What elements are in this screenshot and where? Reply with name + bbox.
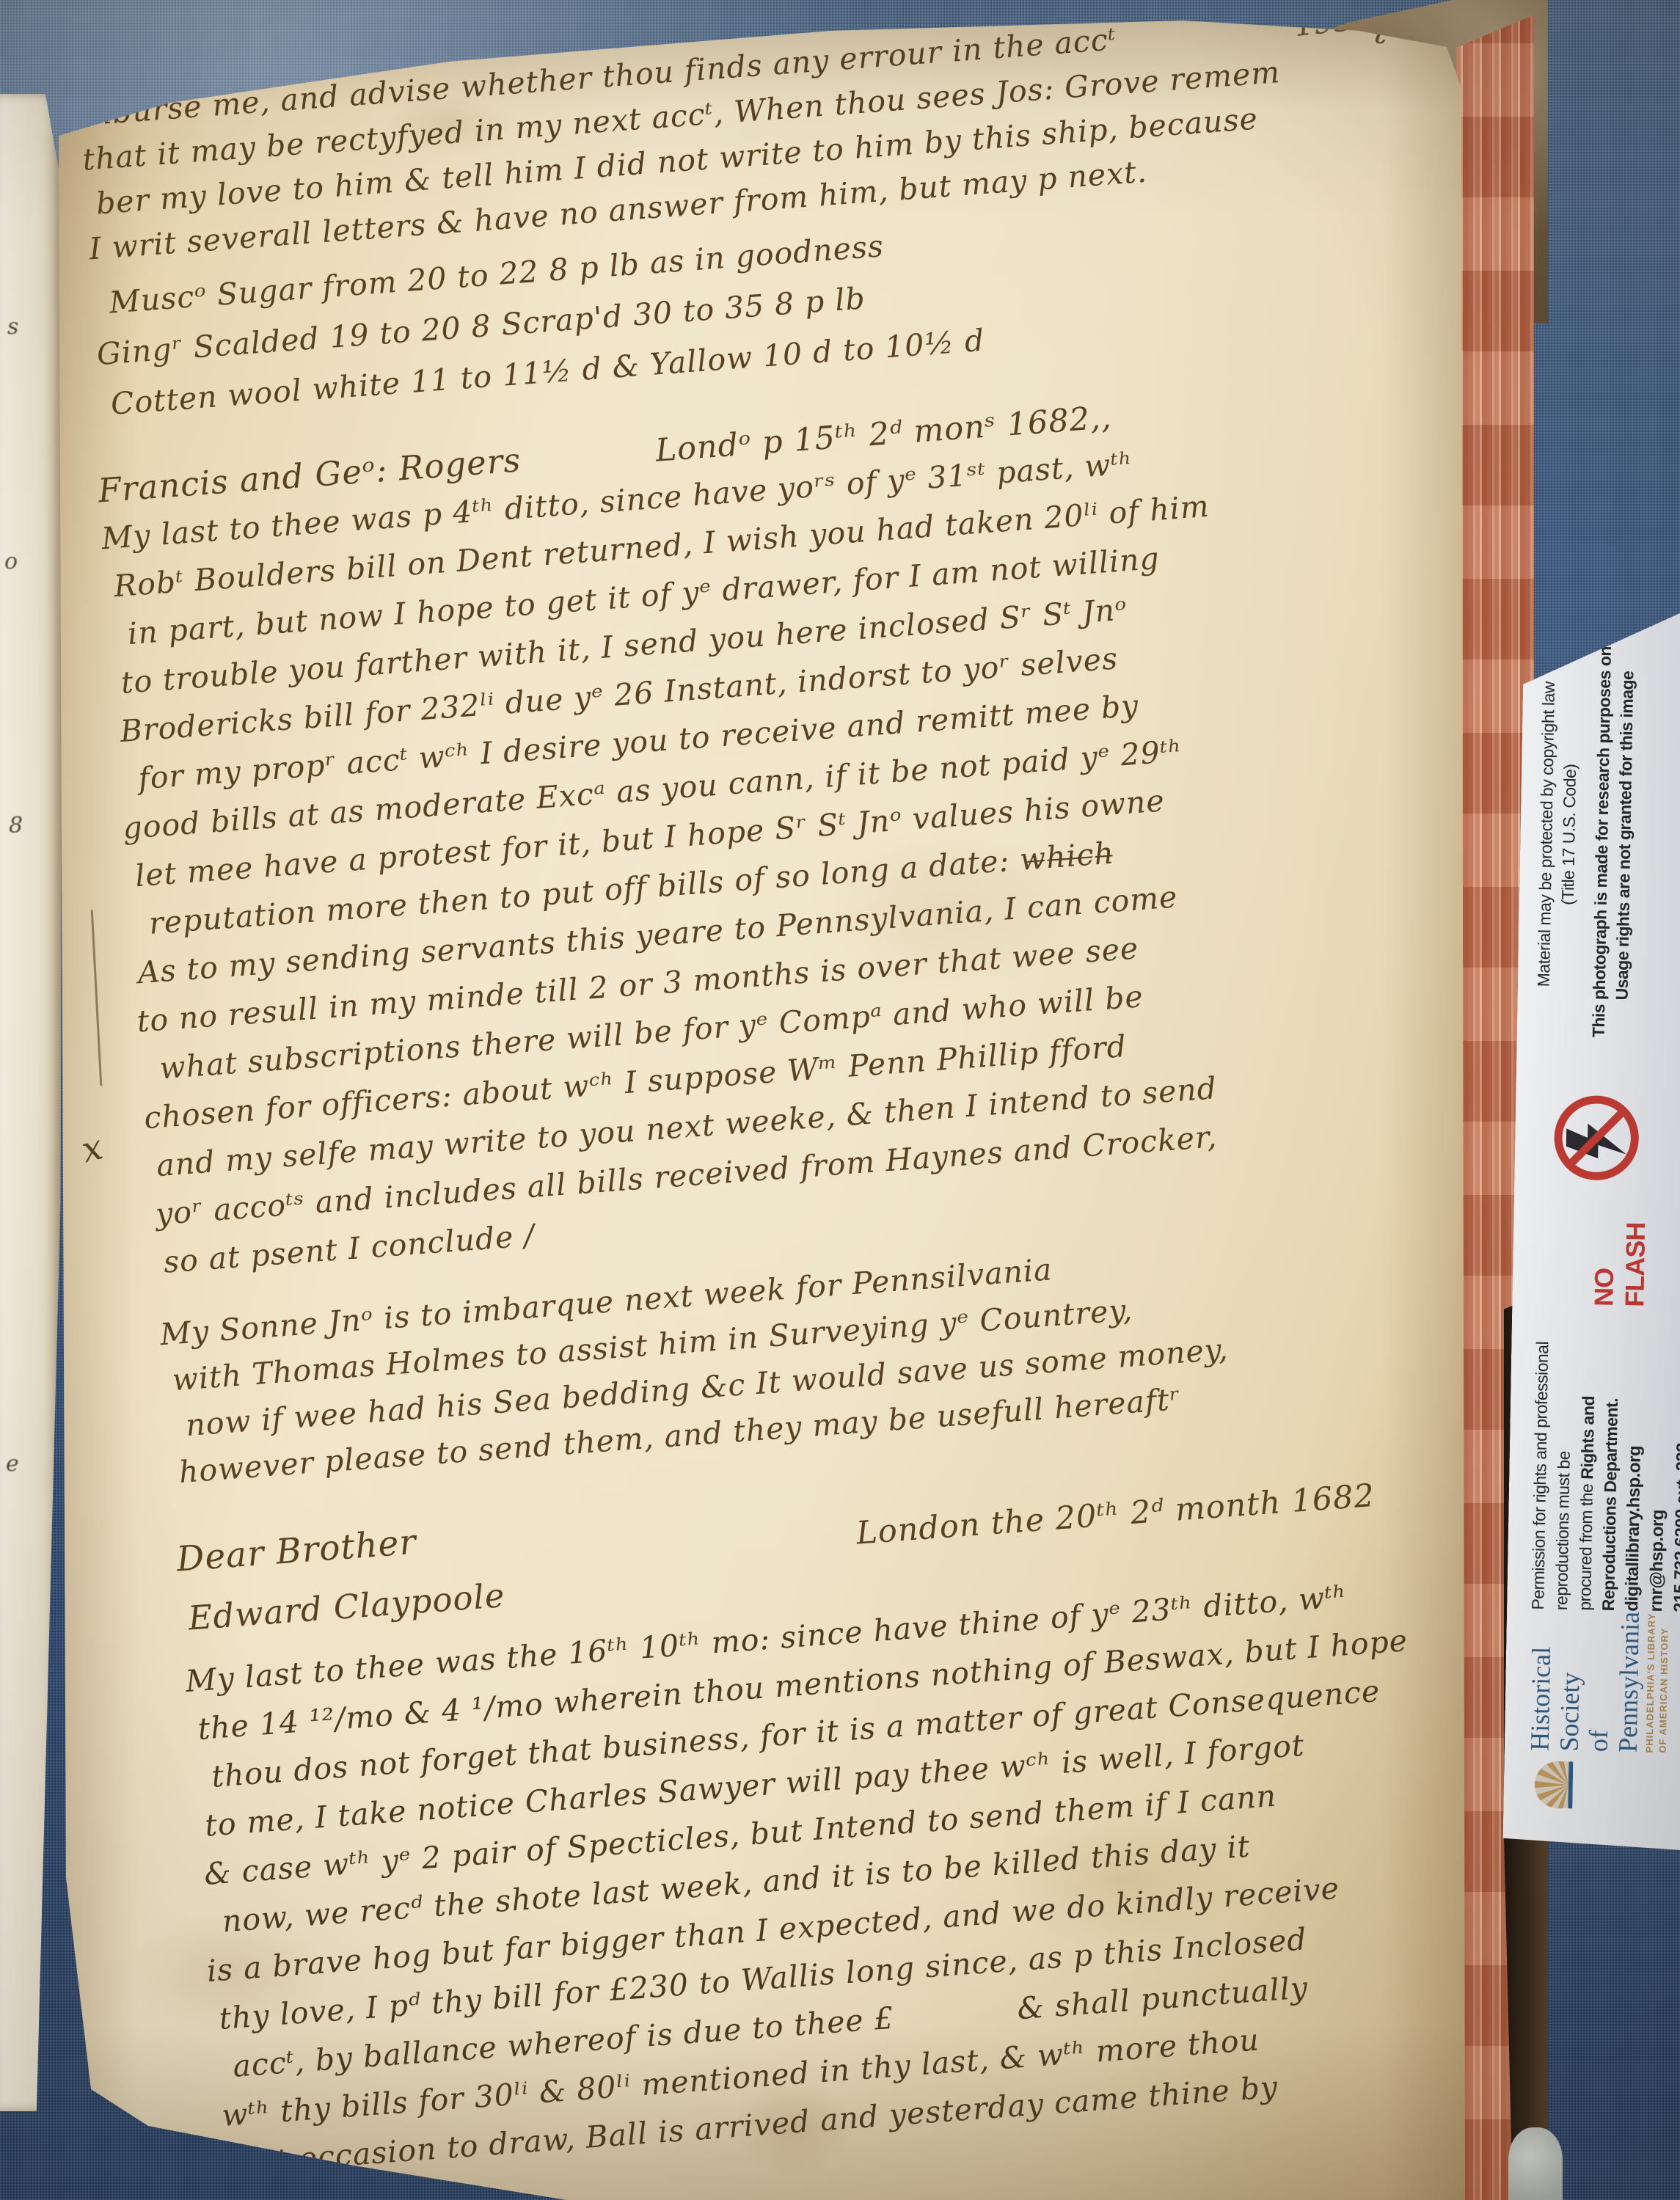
previous-page-edge: s o 8 e [0, 94, 63, 2111]
ghost-text-fragment: o [4, 549, 18, 574]
no-flash-block: NO FLASH [1512, 1092, 1654, 1307]
permission-text-block: Permission for rights and professional r… [1507, 1305, 1680, 1613]
manuscript-page: 193 t x Imburse me, and advise whether t… [38, 0, 1467, 2200]
permission-line: procured from the Rights and Reproductio… [1573, 1306, 1625, 1611]
ghost-text-fragment: s [7, 314, 18, 340]
org-name: Historical Society [1525, 1609, 1586, 1752]
org-name: of Pennsylvania [1584, 1611, 1645, 1753]
hsp-logo-block: Historical Society of Pennsylvania PHILA… [1503, 1609, 1671, 1843]
org-tagline: PHILADELPHIA'S LIBRARY [1644, 1612, 1658, 1753]
handwritten-text: Imburse me, and advise whether thou find… [69, 0, 1617, 2188]
archive-copyright-label: Historical Society of Pennsylvania PHILA… [1502, 600, 1680, 1850]
photograph-of-manuscript: s o 8 e 193 t x Imburse me, and advise w… [0, 0, 1680, 2200]
hsp-sunburst-logo-icon [1534, 1761, 1573, 1809]
hsp-name-block: Historical Society of Pennsylvania PHILA… [1525, 1609, 1671, 1753]
label-content-rotated: Historical Society of Pennsylvania PHILA… [1503, 600, 1680, 1843]
no-flash-caption: NO FLASH [1588, 1194, 1652, 1307]
ghost-text-fragment: e [6, 1451, 19, 1477]
paper-corner-fragment [1508, 2127, 1563, 2200]
margin-stroke [91, 910, 103, 1086]
ghost-text-fragment: 8 [9, 813, 23, 838]
permission-line-prefix: procured from the [1575, 1480, 1596, 1611]
letter-body-rogers: My last to thee was p 4ᵗʰ ditto, since h… [100, 412, 1550, 1287]
margin-mark: x [78, 1127, 107, 1172]
letter-body-claypoole: My last to thee was the 16ᵗʰ 10ᵗʰ mo: si… [184, 1555, 1617, 2189]
copyright-text-block: Material may be protected by copyright l… [1516, 600, 1640, 1094]
permission-line: Permission for rights and professional r… [1526, 1305, 1578, 1610]
org-tagline: OF AMERICAN HISTORY [1657, 1612, 1671, 1753]
no-flash-icon [1544, 1093, 1648, 1184]
